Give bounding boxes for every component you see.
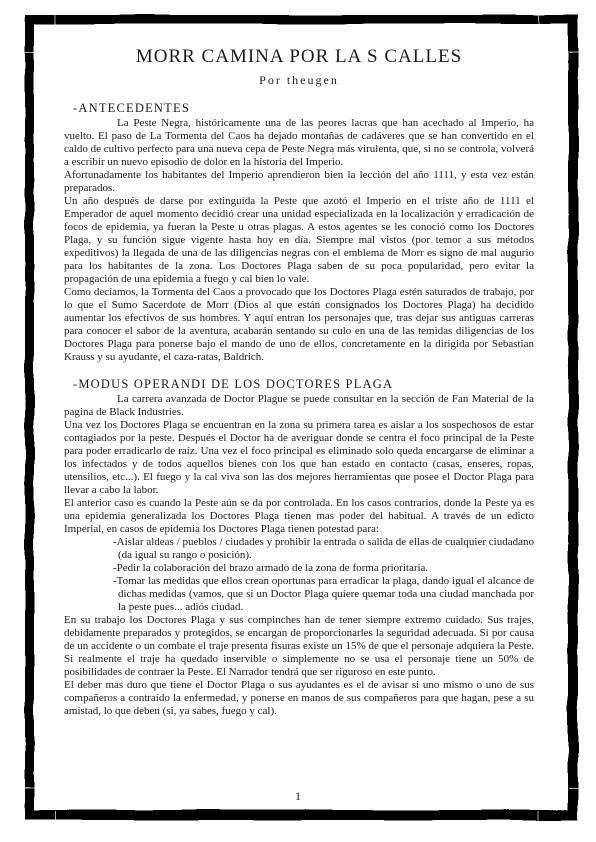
paragraph: En su trabajo los Doctores Plaga y sus c…: [64, 614, 534, 679]
border-joint-mark: [569, 787, 578, 788]
border-joint-mark: [538, 811, 539, 820]
paragraph: La Peste Negra, históricamente una de la…: [64, 117, 534, 169]
paragraph: El anterior caso es cuando la Peste aún …: [64, 497, 534, 536]
paragraph: Afortunadamente los habitantes del Imper…: [64, 169, 534, 195]
border-joint-mark: [55, 811, 56, 820]
byline: Por theugen: [64, 73, 534, 88]
border-joint-mark: [25, 52, 34, 53]
section-heading-modus-operandi: -MODUS OPERANDI DE LOS DOCTORES PLAGA: [73, 377, 534, 392]
border-bottom: [25, 810, 578, 820]
section-body-antecedentes: La Peste Negra, históricamente una de la…: [64, 117, 534, 364]
border-joint-mark: [25, 787, 34, 788]
border-joint-mark: [569, 52, 578, 53]
document-title: MORR CAMINA POR LA S CALLES: [64, 46, 534, 69]
paragraph: Una vez los Doctores Plaga se encuentran…: [64, 419, 534, 497]
border-joint-mark: [55, 15, 56, 24]
paragraph: Como decíamos, la Tormenta del Caos a pr…: [64, 286, 534, 364]
section-heading-antecedentes: -ANTECEDENTES: [73, 101, 534, 116]
paragraph: La carrera avanzada de Doctor Plague se …: [64, 393, 534, 419]
section-body-modus-operandi: La carrera avanzada de Doctor Plague se …: [64, 393, 534, 718]
border-joint-mark: [538, 15, 539, 24]
paragraph: El deber mas duro que tiene el Doctor Pl…: [64, 679, 534, 718]
border-top: [25, 15, 578, 24]
list-item: -Aislar aldeas / pueblos / ciudades y pr…: [113, 536, 534, 562]
border-right: [568, 15, 578, 820]
list-item: -Pedir la colaboración del brazo armado …: [113, 562, 534, 575]
document-page: MORR CAMINA POR LA S CALLES Por theugen …: [0, 0, 596, 842]
paragraph: Un año después de darse por extinguida l…: [64, 195, 534, 286]
border-left: [25, 15, 34, 820]
page-number: 1: [0, 789, 596, 804]
list-item: -Tomar las medidas que ellos crean oport…: [113, 575, 534, 614]
document-content: MORR CAMINA POR LA S CALLES Por theugen …: [64, 46, 534, 718]
